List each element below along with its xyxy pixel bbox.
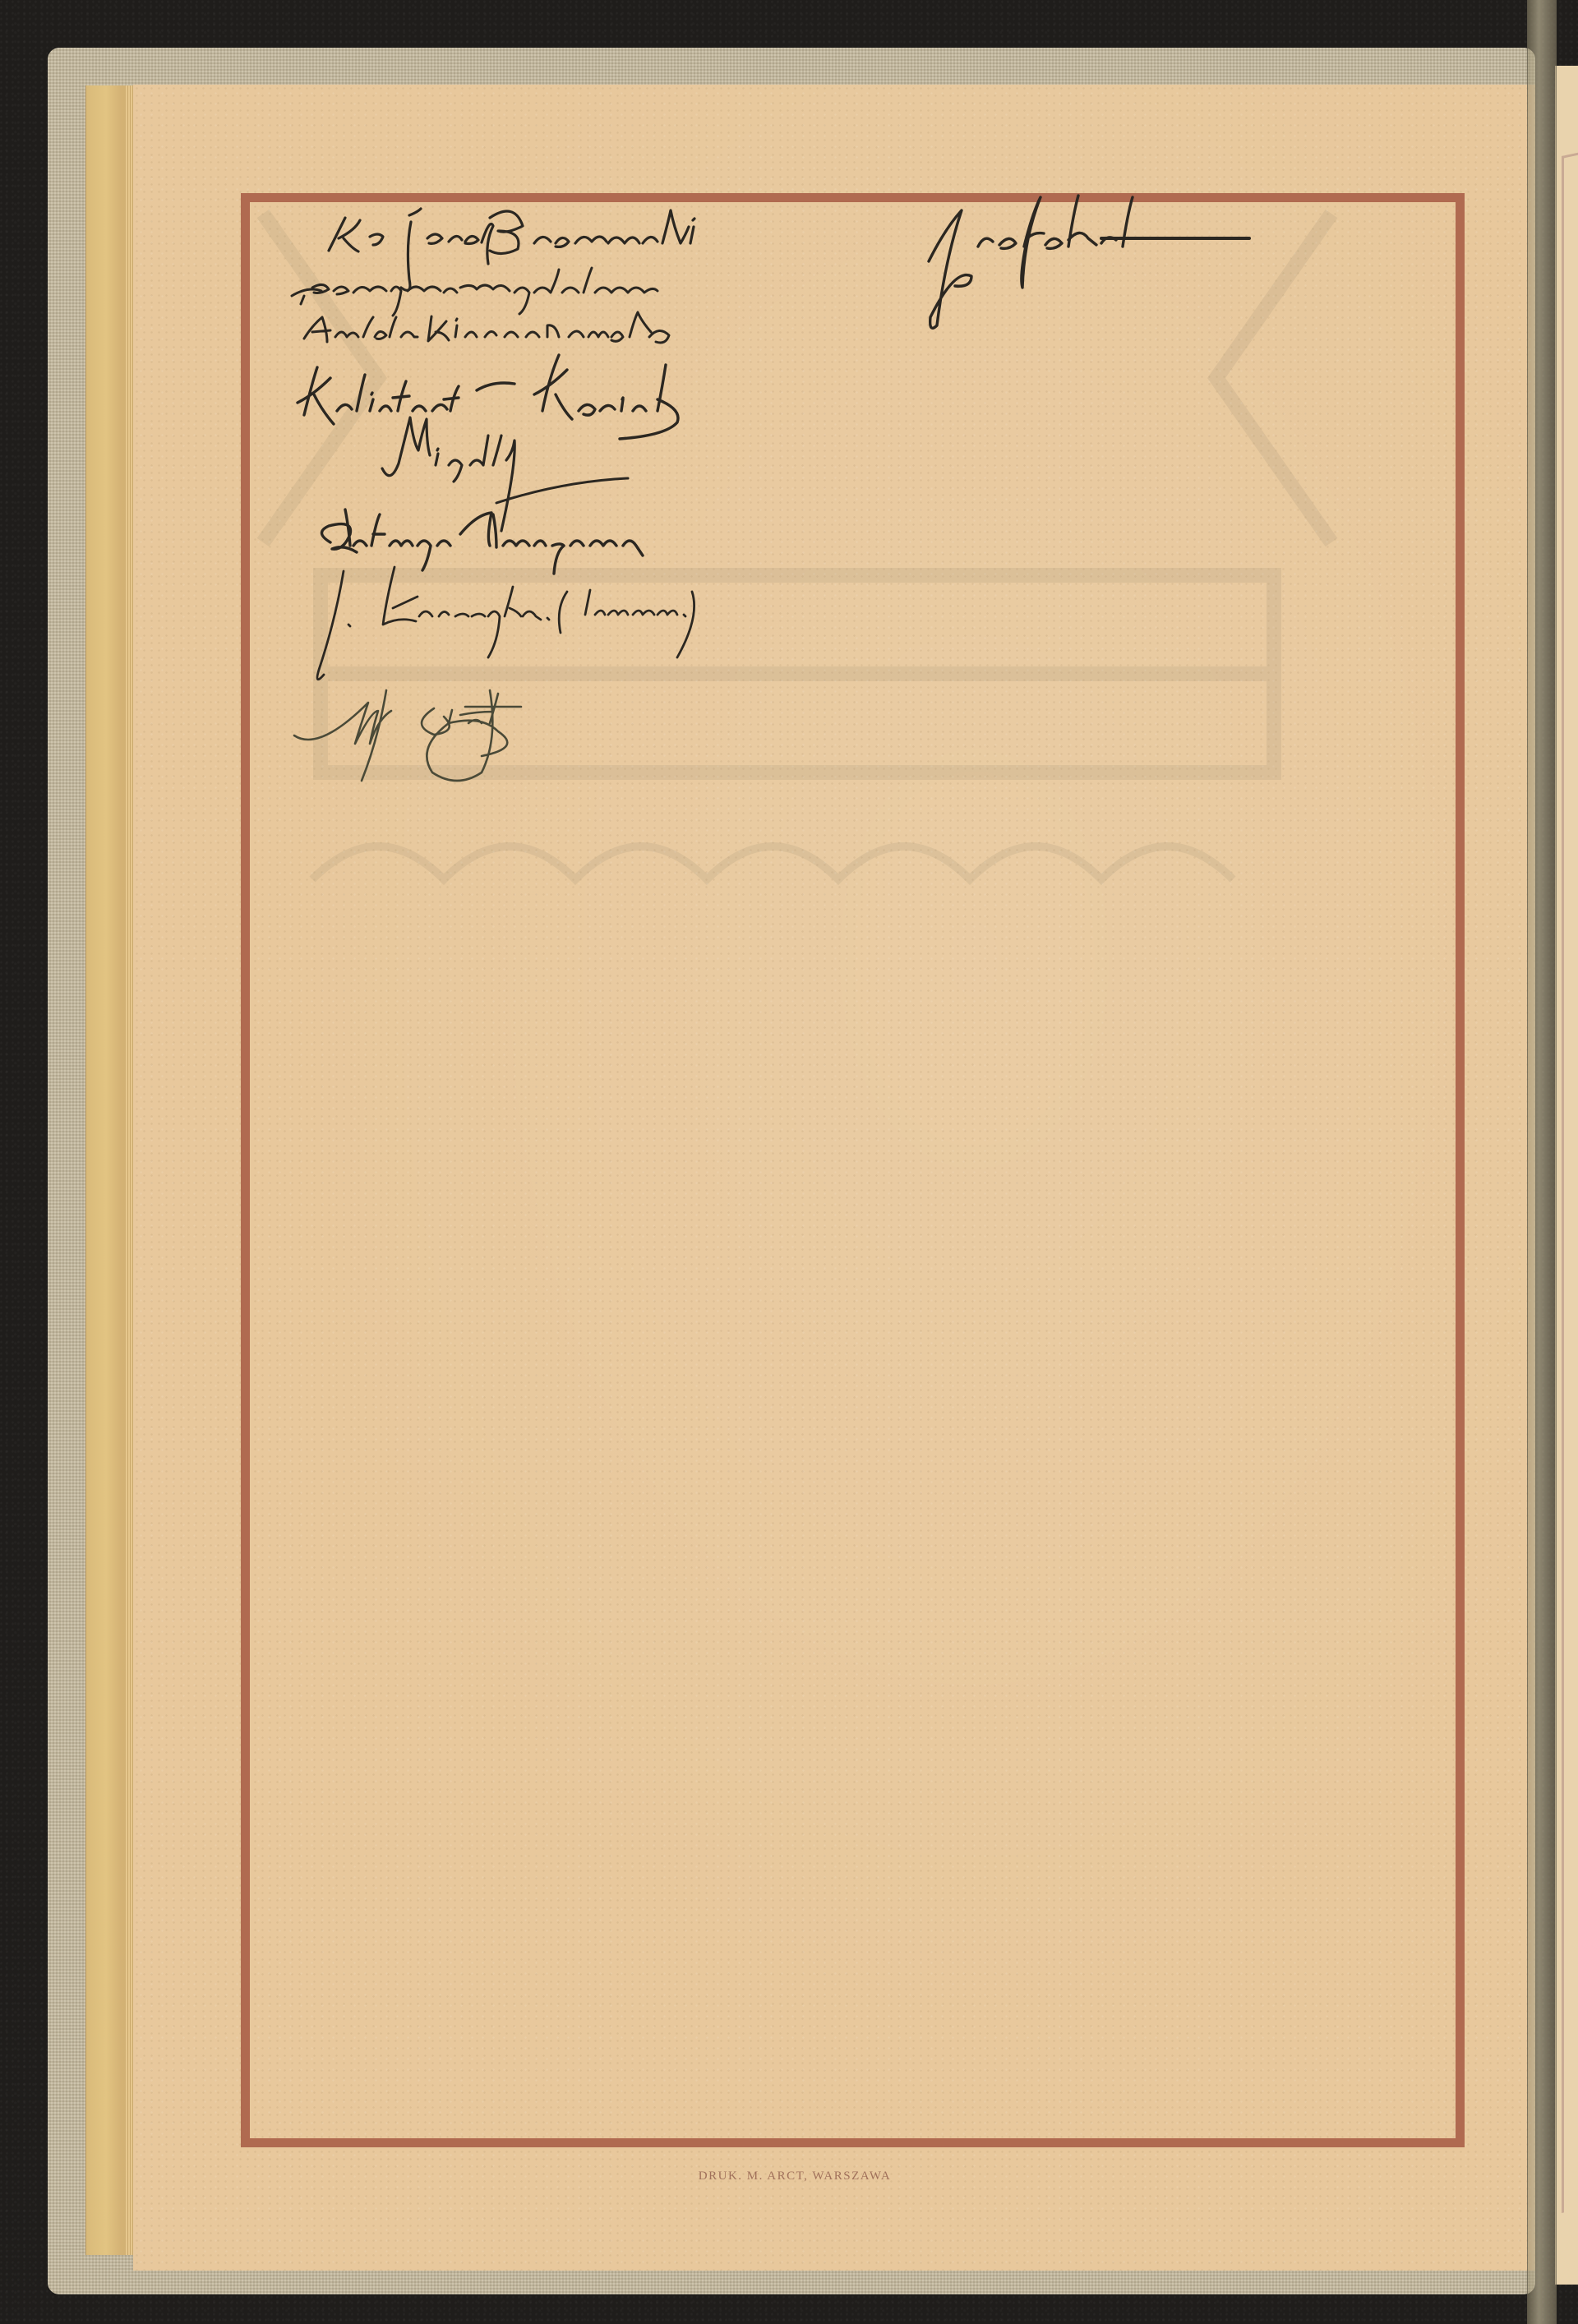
next-page-edge [1555, 66, 1578, 2285]
next-page-decoration [1562, 149, 1578, 2213]
printer-imprint: DRUK. M. ARCT, WARSZAWA [0, 2170, 1578, 2183]
page-block-edge [85, 85, 136, 2255]
plastic-sleeve-edge [1527, 0, 1557, 2324]
decorative-frame [241, 193, 1465, 2147]
